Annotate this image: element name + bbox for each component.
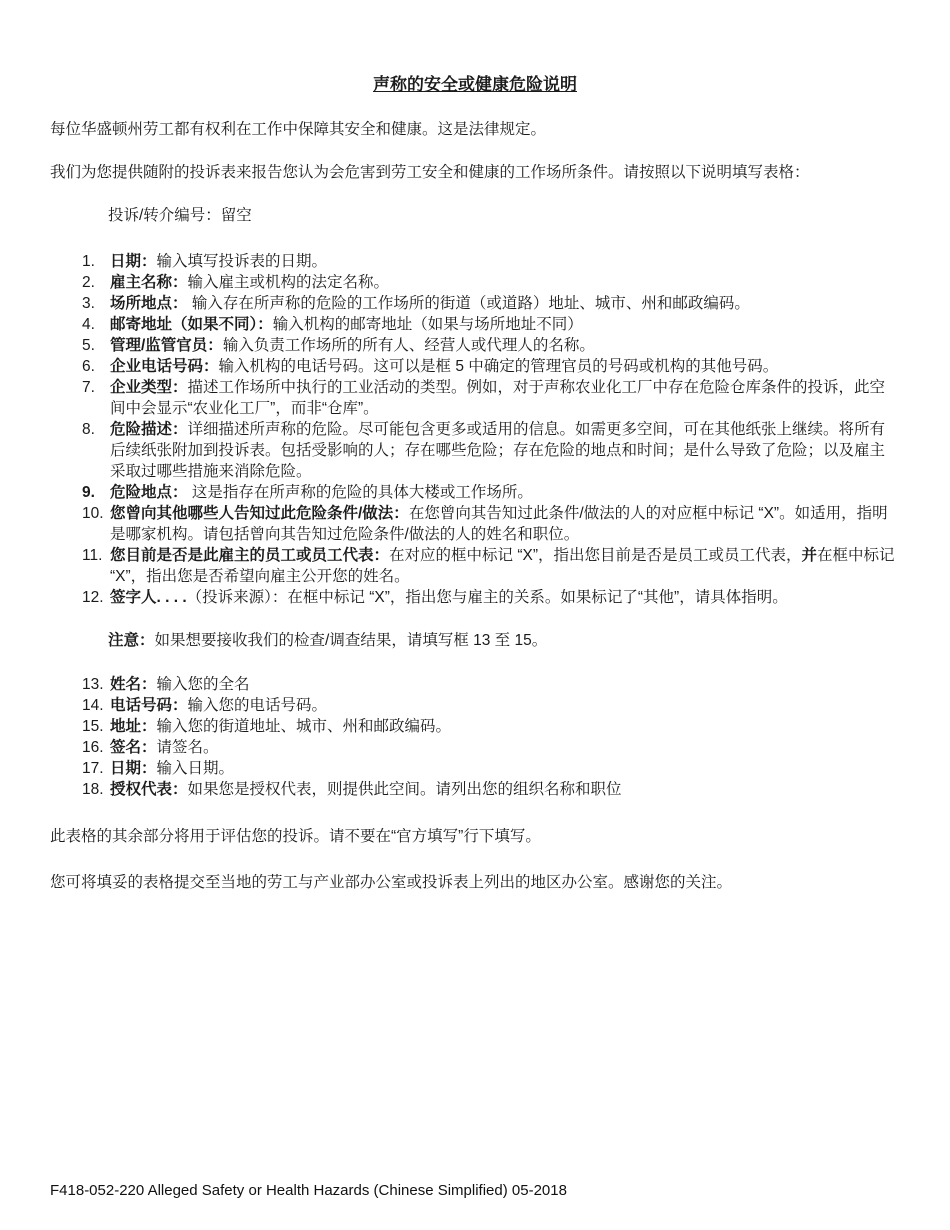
item-desc: 输入负责工作场所的所有人、经营人或代理人的名称。 [223, 337, 595, 354]
item-body: 企业电话号码：输入机构的电话号码。这可以是框 5 中确定的管理官员的号码或机构的… [110, 356, 900, 377]
item-number: 12. [82, 587, 110, 608]
item-desc: 输入填写投诉表的日期。 [157, 253, 328, 270]
item-number: 2. [82, 272, 110, 293]
item-label: 授权代表： [110, 781, 188, 798]
instruction-item-10: 10. 您曾向其他哪些人告知过此危险条件/做法：在您曾向其告知过此条件/做法的人… [82, 503, 900, 545]
instruction-item-7: 7. 企业类型：描述工作场所中执行的工业活动的类型。例如，对于声称农业化工厂中存… [82, 377, 900, 419]
item-desc: 输入您的全名 [157, 676, 250, 693]
item-body: 签字人. . . .（投诉来源）：在框中标记 “X”，指出您与雇主的关系。如果标… [110, 587, 900, 608]
instruction-item-14: 14. 电话号码：输入您的电话号码。 [82, 695, 900, 716]
instruction-item-2: 2. 雇主名称：输入雇主或机构的法定名称。 [82, 272, 900, 293]
instruction-item-5: 5. 管理/监管官员：输入负责工作场所的所有人、经营人或代理人的名称。 [82, 335, 900, 356]
item-desc: 描述工作场所中执行的工业活动的类型。例如，对于声称农业化工厂中存在危险仓库条件的… [110, 379, 885, 417]
closing-paragraph-1: 此表格的其余部分将用于评估您的投诉。请不要在“官方填写”行下填写。 [50, 826, 900, 847]
note-line: 注意：如果想要接收我们的检查/调查结果，请填写框 13 至 15。 [108, 630, 900, 651]
item-number: 15. [82, 716, 110, 737]
referral-number-line: 投诉/转介编号：留空 [108, 205, 900, 226]
item-body: 您曾向其他哪些人告知过此危险条件/做法：在您曾向其告知过此条件/做法的人的对应框… [110, 503, 900, 545]
item-number: 7. [82, 377, 110, 419]
closing-paragraph-2: 您可将填妥的表格提交至当地的劳工与产业部办公室或投诉表上列出的地区办公室。感谢您… [50, 872, 900, 893]
instruction-item-15: 15. 地址：输入您的街道地址、城市、州和邮政编码。 [82, 716, 900, 737]
item-label: 日期： [110, 760, 157, 777]
item-label: 危险描述： [110, 421, 188, 438]
item-body: 电话号码：输入您的电话号码。 [110, 695, 900, 716]
item-desc: 输入您的电话号码。 [188, 697, 328, 714]
item-number: 14. [82, 695, 110, 716]
item-desc: 详细描述所声称的危险。尽可能包含更多或适用的信息。如需更多空间，可在其他纸张上继… [110, 421, 885, 480]
item-body: 地址：输入您的街道地址、城市、州和邮政编码。 [110, 716, 900, 737]
instruction-item-6: 6. 企业电话号码：输入机构的电话号码。这可以是框 5 中确定的管理官员的号码或… [82, 356, 900, 377]
item-number: 3. [82, 293, 110, 314]
item-desc: 输入雇主或机构的法定名称。 [188, 274, 390, 291]
item-desc: 输入您的街道地址、城市、州和邮政编码。 [157, 718, 452, 735]
item-body: 邮寄地址（如果不同）：输入机构的邮寄地址（如果与场所地址不同） [110, 314, 900, 335]
item-desc: 输入机构的邮寄地址（如果与场所地址不同） [273, 316, 583, 333]
instruction-item-4: 4. 邮寄地址（如果不同）：输入机构的邮寄地址（如果与场所地址不同） [82, 314, 900, 335]
item-body: 危险描述：详细描述所声称的危险。尽可能包含更多或适用的信息。如需更多空间，可在其… [110, 419, 900, 482]
instruction-item-3: 3. 场所地点： 输入存在所声称的危险的工作场所的街道（或道路）地址、城市、州和… [82, 293, 900, 314]
item-label: 危险地点： [110, 484, 188, 501]
item-label: 您曾向其他哪些人告知过此危险条件/做法： [110, 505, 409, 522]
item-label: 姓名： [110, 676, 157, 693]
item-number: 18. [82, 779, 110, 800]
item-number: 6. [82, 356, 110, 377]
item-label: 企业电话号码： [110, 358, 219, 375]
note-label: 注意： [108, 632, 155, 649]
item-label: 地址： [110, 718, 157, 735]
item-body: 日期：输入填写投诉表的日期。 [110, 251, 900, 272]
item-label: 签字人. . . . [110, 589, 187, 606]
item-label: 电话号码： [110, 697, 188, 714]
item-number: 16. [82, 737, 110, 758]
item-body: 签名：请签名。 [110, 737, 900, 758]
item-desc: 如果您是授权代表，则提供此空间。请列出您的组织名称和职位 [188, 781, 622, 798]
instruction-item-12: 12. 签字人. . . .（投诉来源）：在框中标记 “X”，指出您与雇主的关系… [82, 587, 900, 608]
instruction-item-16: 16. 签名：请签名。 [82, 737, 900, 758]
item-number: 17. [82, 758, 110, 779]
document-content: 声称的安全或健康危险说明 每位华盛顿州劳工都有权利在工作中保障其安全和健康。这是… [50, 74, 900, 893]
item-number: 4. [82, 314, 110, 335]
item-desc: （投诉来源）：在框中标记 “X”，指出您与雇主的关系。如果标记了“其他”，请具体… [187, 589, 788, 606]
instruction-item-13: 13. 姓名：输入您的全名 [82, 674, 900, 695]
intro-paragraph-1: 每位华盛顿州劳工都有权利在工作中保障其安全和健康。这是法律规定。 [50, 119, 900, 140]
instruction-item-18: 18. 授权代表：如果您是授权代表，则提供此空间。请列出您的组织名称和职位 [82, 779, 900, 800]
item-number: 1. [82, 251, 110, 272]
item-body: 雇主名称：输入雇主或机构的法定名称。 [110, 272, 900, 293]
item-desc: 输入存在所声称的危险的工作场所的街道（或道路）地址、城市、州和邮政编码。 [188, 295, 750, 312]
item-label: 签名： [110, 739, 157, 756]
item-number: 5. [82, 335, 110, 356]
intro-paragraph-2: 我们为您提供随附的投诉表来报告您认为会危害到劳工安全和健康的工作场所条件。请按照… [50, 162, 900, 183]
instruction-item-8: 8. 危险描述：详细描述所声称的危险。尽可能包含更多或适用的信息。如需更多空间，… [82, 419, 900, 482]
item-label: 雇主名称： [110, 274, 188, 291]
item-number: 8. [82, 419, 110, 482]
item-body: 授权代表：如果您是授权代表，则提供此空间。请列出您的组织名称和职位 [110, 779, 900, 800]
item-number: 9. [82, 482, 110, 503]
item-body: 企业类型：描述工作场所中执行的工业活动的类型。例如，对于声称农业化工厂中存在危险… [110, 377, 900, 419]
instruction-item-1: 1. 日期：输入填写投诉表的日期。 [82, 251, 900, 272]
item-desc: 在对应的框中标记 “X”，指出您目前是否是员工或员工代表， [389, 547, 801, 564]
instruction-item-9: 9. 危险地点： 这是指存在所声称的危险的具体大楼或工作场所。 [82, 482, 900, 503]
item-desc: 输入日期。 [157, 760, 235, 777]
item-label: 企业类型： [110, 379, 188, 396]
instruction-list: 1. 日期：输入填写投诉表的日期。 2. 雇主名称：输入雇主或机构的法定名称。 … [50, 251, 900, 800]
item-number: 11. [82, 545, 110, 587]
item-label: 日期： [110, 253, 157, 270]
instruction-item-17: 17. 日期：输入日期。 [82, 758, 900, 779]
item-desc: 请签名。 [157, 739, 219, 756]
item-label: 场所地点： [110, 295, 188, 312]
item-bold-inline: 并 [802, 547, 818, 564]
instruction-item-11: 11. 您目前是否是此雇主的员工或员工代表：在对应的框中标记 “X”，指出您目前… [82, 545, 900, 587]
form-number-footer: F418-052-220 Alleged Safety or Health Ha… [50, 1182, 567, 1200]
item-body: 您目前是否是此雇主的员工或员工代表：在对应的框中标记 “X”，指出您目前是否是员… [110, 545, 900, 587]
item-label: 邮寄地址（如果不同）： [110, 316, 273, 333]
item-body: 管理/监管官员：输入负责工作场所的所有人、经营人或代理人的名称。 [110, 335, 900, 356]
page-title: 声称的安全或健康危险说明 [50, 74, 900, 96]
item-body: 危险地点： 这是指存在所声称的危险的具体大楼或工作场所。 [110, 482, 900, 503]
item-body: 日期：输入日期。 [110, 758, 900, 779]
document-page: 声称的安全或健康危险说明 每位华盛顿州劳工都有权利在工作中保障其安全和健康。这是… [0, 0, 950, 1230]
item-label: 您目前是否是此雇主的员工或员工代表： [110, 547, 389, 564]
item-label: 管理/监管官员： [110, 337, 223, 354]
item-body: 姓名：输入您的全名 [110, 674, 900, 695]
item-number: 13. [82, 674, 110, 695]
item-desc: 输入机构的电话号码。这可以是框 5 中确定的管理官员的号码或机构的其他号码。 [219, 358, 779, 375]
note-text: 如果想要接收我们的检查/调查结果，请填写框 13 至 15。 [155, 632, 548, 649]
item-desc: 这是指存在所声称的危险的具体大楼或工作场所。 [188, 484, 533, 501]
item-number: 10. [82, 503, 110, 545]
item-body: 场所地点： 输入存在所声称的危险的工作场所的街道（或道路）地址、城市、州和邮政编… [110, 293, 900, 314]
